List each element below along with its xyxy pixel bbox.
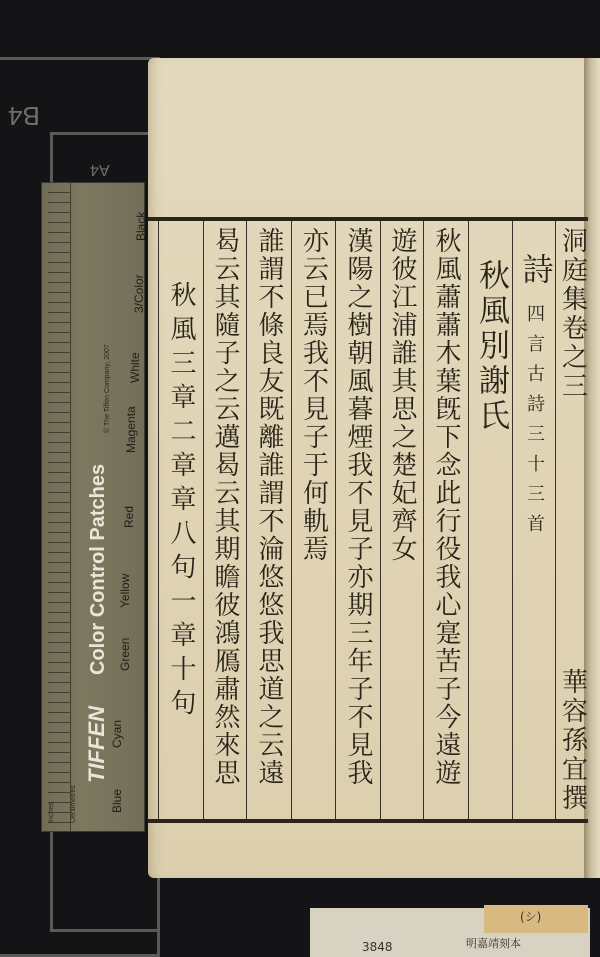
- text-column-6: 曷云其隨子之云邁曷云其期瞻彼鴻鴈肅然來思: [203, 221, 246, 819]
- swatch-3color: 3/Color: [132, 274, 146, 313]
- ruler-label-inches: Inches: [48, 802, 55, 823]
- section-subtitle: 四言古詩三十三首: [525, 304, 543, 544]
- catalog-number: 3848: [362, 940, 393, 954]
- text-column-2: 遊彼江浦誰其思之楚妃齊女: [380, 221, 423, 819]
- chart-copyright: © The Tiffen Company, 2007: [104, 344, 111, 433]
- section-title: 詩: [519, 253, 550, 290]
- chart-title: Color Control Patches: [87, 464, 110, 675]
- text-column-3: 漢陽之樹朝風暮煙我不見子亦期三年子不見我: [335, 221, 380, 819]
- text-column-4: 亦云已焉我不見子于何軌焉: [291, 221, 335, 819]
- frame-label-a4: A4: [90, 160, 110, 178]
- header-column: 洞庭集卷之三 華容孫宜撰: [555, 221, 589, 819]
- book-author: 華容孫宜撰: [560, 668, 586, 813]
- text-column-5: 誰謂不條良友既離誰謂不淪悠悠我思道之云遠: [246, 221, 291, 819]
- poem-title: 秋風別謝氏: [475, 259, 506, 434]
- color-control-chart: TIFFEN Color Control Patches Blue Cyan G…: [42, 183, 144, 831]
- book-title: 洞庭集卷之三: [560, 227, 586, 401]
- poem-note: 秋風三章二章章八句一章十句: [168, 281, 194, 723]
- poem-title-column: 秋風別謝氏: [468, 221, 512, 819]
- swatch-red: Red: [122, 506, 136, 528]
- swatch-green: Green: [118, 638, 132, 671]
- swatch-yellow: Yellow: [118, 574, 132, 608]
- swatch-black: Black: [134, 212, 148, 241]
- section-column: 詩 四言古詩三十三首: [512, 221, 555, 819]
- ruler-label-centimetres: Centimetres: [70, 785, 77, 823]
- book-page: 洞庭集卷之三 華容孫宜撰 詩 四言古詩三十三首 秋風別謝氏 秋風蕭蕭木葉旣下念此…: [148, 58, 600, 878]
- frame-label-b4: B4: [8, 100, 40, 131]
- edition-note: 明嘉靖刻本: [466, 935, 521, 951]
- swatch-cyan: Cyan: [110, 720, 124, 748]
- text-column-1: 秋風蕭蕭木葉旣下念此行役我心寔苦子今遠遊: [423, 221, 468, 819]
- note-column: 秋風三章二章章八句一章十句: [158, 221, 203, 819]
- swatch-blue: Blue: [110, 789, 124, 813]
- ruler-scale: [48, 183, 71, 831]
- tag-mark: (シ): [520, 908, 541, 925]
- swatch-magenta: Magenta: [124, 406, 138, 453]
- chart-brand: TIFFEN: [84, 706, 110, 783]
- swatch-white: White: [128, 352, 142, 383]
- text-frame: 洞庭集卷之三 華容孫宜撰 詩 四言古詩三十三首 秋風別謝氏 秋風蕭蕭木葉旣下念此…: [148, 217, 588, 823]
